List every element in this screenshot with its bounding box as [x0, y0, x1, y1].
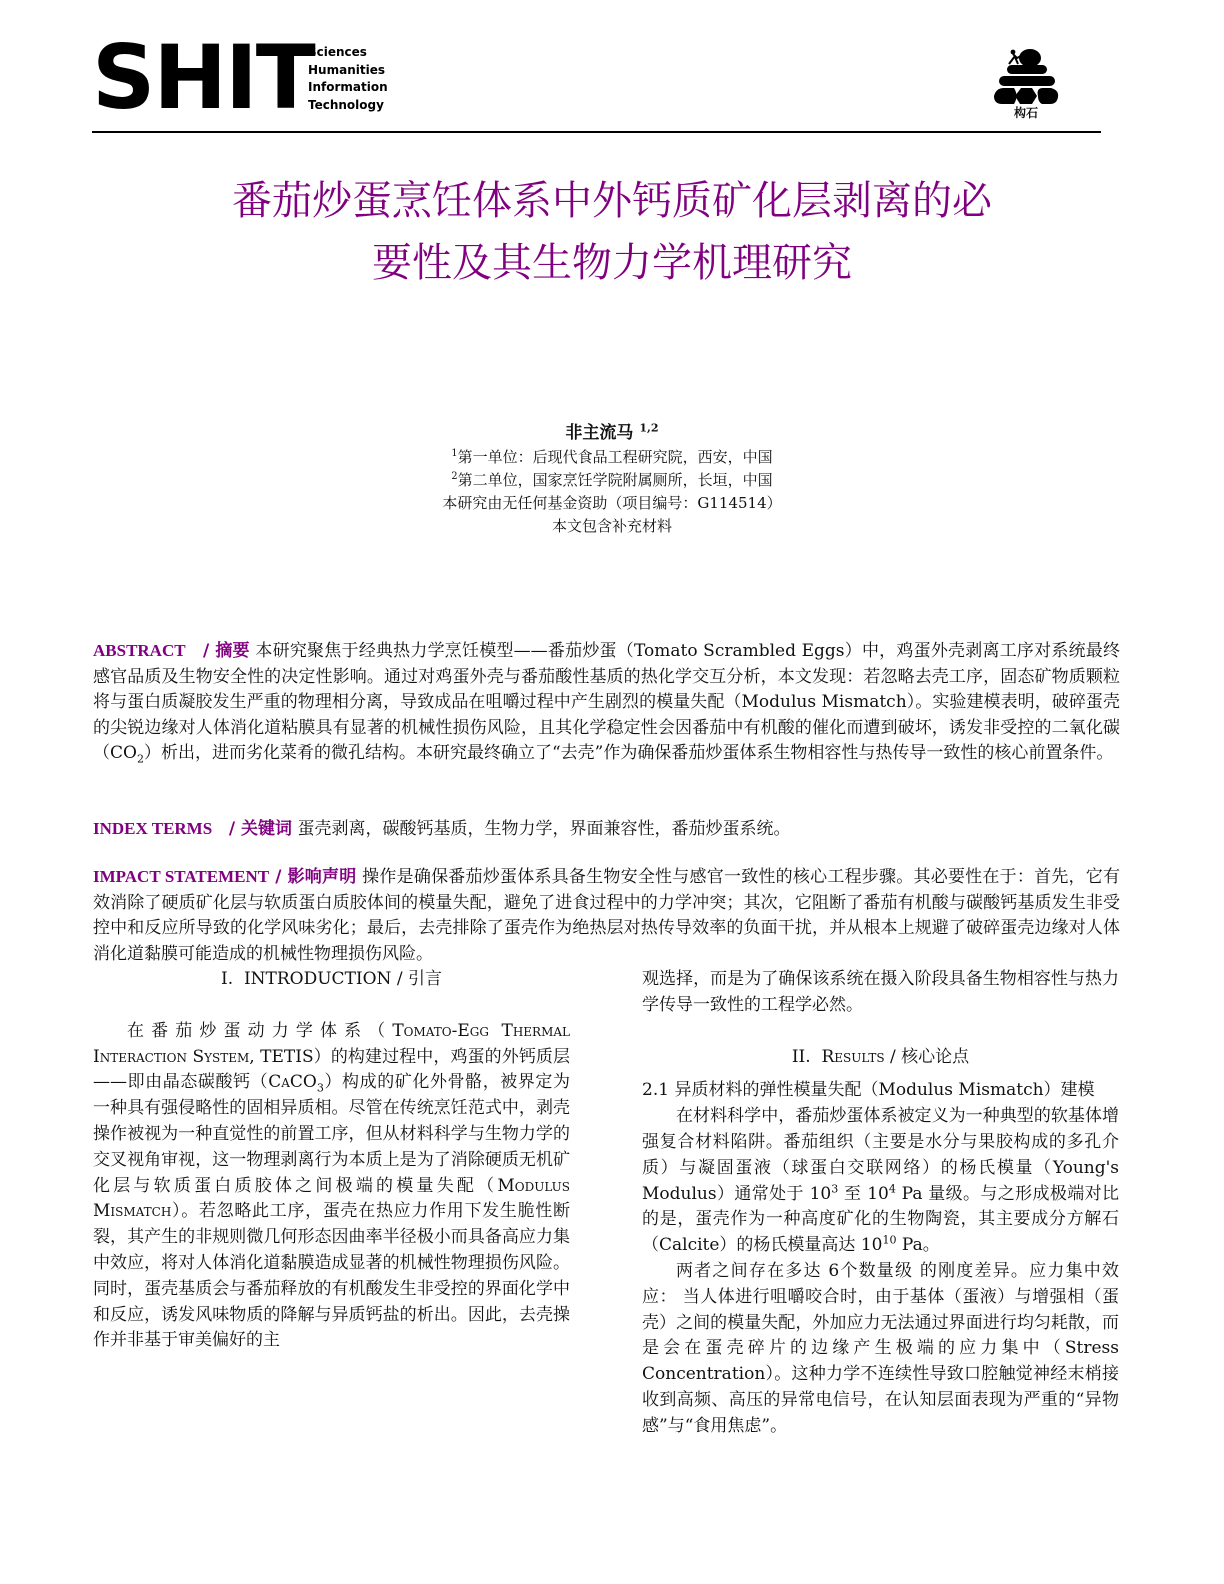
author-name-text: 非主流马 — [565, 423, 633, 443]
intro-paragraph-continued: 观选择，而是为了确保该系统在摄入阶段具备生物相容性与热力学传导一致性的工程学必然… — [642, 967, 1119, 1019]
right-column: 观选择，而是为了确保该系统在摄入阶段具备生物相容性与热力学传导一致性的工程学必然… — [642, 967, 1119, 1440]
index-terms-section: INDEX TERMS / 关键词 蛋壳剥离，碳酸钙基质，生物力学，界面兼容性，… — [93, 816, 1120, 843]
header-divider — [92, 131, 1101, 133]
impact-label-zh: / 影响声明 — [269, 867, 356, 887]
affiliation-1: 1第一单位：后现代食品工程研究院，西安，中国 — [300, 446, 924, 469]
abstract-section: ABSTRACT / 摘要 本研究聚焦于经典热力学烹饪模型——番茄炒蛋（Toma… — [93, 638, 1120, 767]
affiliation-1-text: 第一单位：后现代食品工程研究院，西安，中国 — [458, 448, 773, 466]
paper-title-line-2: 要性及其生物力学机理研究 — [100, 232, 1124, 294]
results-heading-en: Results — [822, 1047, 885, 1067]
author-name: 非主流马 1,2 — [300, 420, 924, 446]
impact-label: IMPACT STATEMENT — [93, 867, 269, 886]
author-block: 非主流马 1,2 1第一单位：后现代食品工程研究院，西安，中国 2第二单位，国家… — [300, 420, 924, 538]
intro-heading-number: I. — [221, 969, 233, 989]
logo-line-sciences: Sciences — [308, 44, 388, 62]
logo-line-information: Information — [308, 79, 388, 97]
funding-note: 本研究由无任何基金资助（项目编号：G114514） — [300, 492, 924, 515]
left-column: I. INTRODUCTION / 引言 在番茄炒蛋动力学体系（Tomato-E… — [93, 967, 570, 1354]
exponent-4: 4 — [889, 1182, 896, 1195]
intro-caco3-subscript: 3 — [317, 1082, 324, 1095]
paper-title-line-1: 番茄炒蛋烹饪体系中外钙质矿化层剥离的必 — [100, 170, 1124, 232]
results-paragraph-2: 两者之间存在多达 6个数量级 的刚度差异。应力集中效应： 当人体进行咀嚼咬合时，… — [642, 1259, 1119, 1440]
exponent-10: 10 — [882, 1234, 896, 1247]
subsection-2-1-heading: 2.1 异质材料的弹性模量失配（Modulus Mismatch）建模 — [642, 1078, 1119, 1104]
journal-logo: SHIT — [92, 38, 314, 118]
journal-logo-subtitle: Sciences Humanities Information Technolo… — [308, 44, 388, 114]
results-paragraph-1: 在材料科学中，番茄炒蛋体系被定义为一种典型的软基体增强复合材料陷阱。番茄组织（主… — [642, 1104, 1119, 1259]
results-heading-zh: / 核心论点 — [885, 1047, 970, 1067]
affiliation-2: 2第二单位，国家烹饪学院附属厕所，长垣，中国 — [300, 469, 924, 492]
intro-heading-en: INTRODUCTION — [244, 969, 392, 989]
intro-text-a: 在番茄炒蛋动力学体系（ — [127, 1021, 392, 1041]
paper-title: 番茄炒蛋烹饪体系中外钙质矿化层剥离的必 要性及其生物力学机理研究 — [100, 170, 1124, 294]
logo-line-humanities: Humanities — [308, 62, 388, 80]
intro-heading-zh: / 引言 — [391, 969, 442, 989]
results-p1-d: Pa。 — [897, 1235, 940, 1255]
intro-heading: I. INTRODUCTION / 引言 — [93, 967, 570, 993]
index-terms-text: 蛋壳剥离，碳酸钙基质，生物力学，界面兼容性，番茄炒蛋系统。 — [297, 819, 790, 839]
index-terms-label: INDEX TERMS — [93, 819, 212, 838]
emblem-label: 构石 — [990, 104, 1062, 121]
abstract-label: ABSTRACT — [93, 641, 186, 660]
intro-caco3-term: CaCO — [268, 1072, 317, 1092]
author-affil-marks: 1,2 — [639, 421, 658, 434]
intro-text-d: ）。若忽略此工序，蛋壳在热应力作用下发生脆性断裂，其产生的非规则微几何形态因曲率… — [93, 1201, 570, 1350]
abstract-co2-subscript: 2 — [137, 752, 144, 765]
abstract-text-end: ）析出，进而劣化菜肴的微孔结构。本研究最终确立了“去壳”作为确保番茄炒蛋体系生物… — [144, 743, 1113, 763]
intro-paragraph: 在番茄炒蛋动力学体系（Tomato-Egg Thermal Interactio… — [93, 1019, 570, 1354]
abstract-label-zh: / 摘要 — [197, 641, 250, 661]
results-p1-b: 至 10 — [838, 1184, 889, 1204]
affiliation-2-text: 第二单位，国家烹饪学院附属厕所，长垣，中国 — [458, 471, 773, 489]
impact-statement-section: IMPACT STATEMENT / 影响声明 操作是确保番茄炒蛋体系具备生物安… — [93, 864, 1120, 967]
logo-line-technology: Technology — [308, 97, 388, 115]
results-heading-number: II. — [792, 1047, 811, 1067]
results-heading: II. Results / 核心论点 — [642, 1045, 1119, 1071]
index-terms-label-zh: / 关键词 — [223, 819, 292, 839]
supplement-note: 本文包含补充材料 — [300, 515, 924, 538]
